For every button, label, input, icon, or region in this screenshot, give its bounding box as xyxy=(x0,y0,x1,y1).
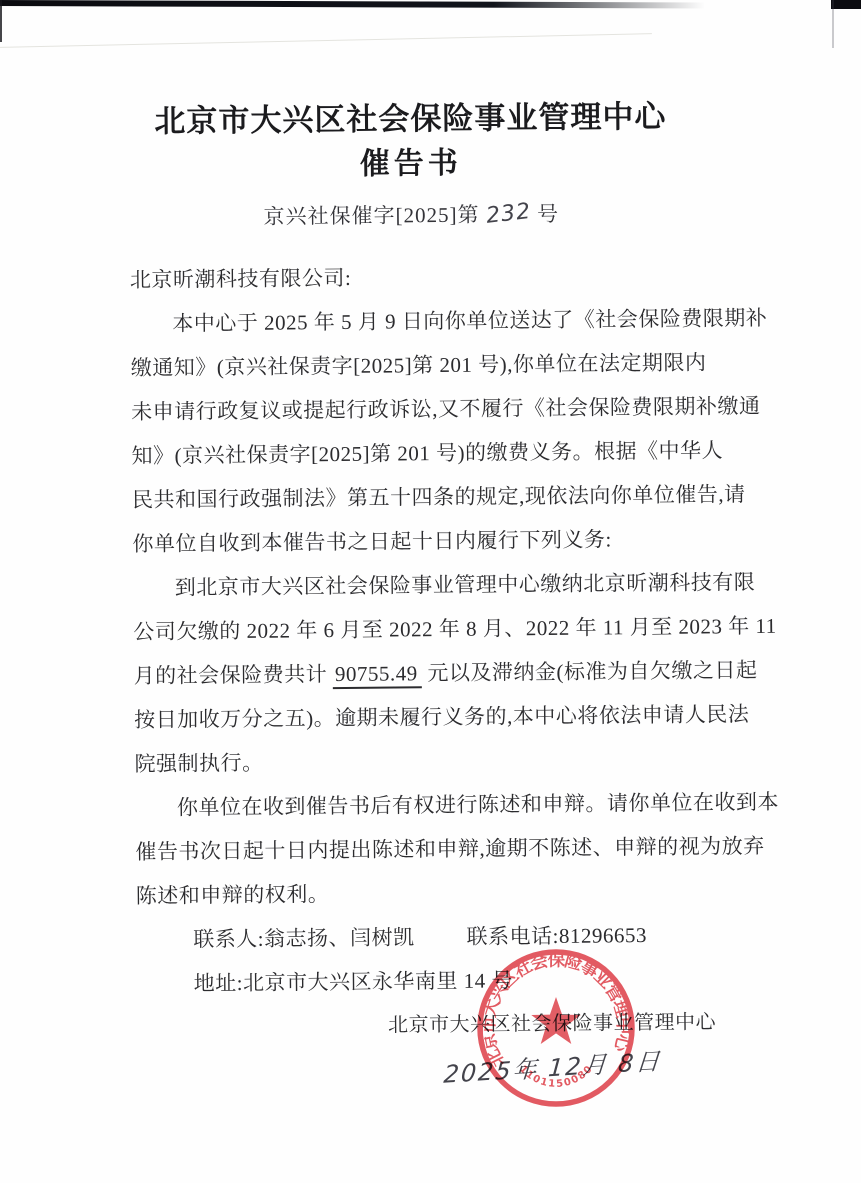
scan-edge-line xyxy=(832,0,834,48)
signature-line: 北京市大兴区社会保险事业管理中心 xyxy=(137,1000,761,1050)
body-line: 你单位自收到本催告书之日起十日内履行下列义务: xyxy=(132,516,756,566)
scanned-page: 北京市大兴区社会保险事业管理中心 催告书 京兴社保催字[2025]第 232 号… xyxy=(0,0,861,1183)
doc-number-suffix: 号 xyxy=(531,202,559,226)
scan-edge-corner xyxy=(831,0,861,9)
body-line: 本中心于 2025 年 5 月 9 日向你单位送达了《社会保险费限期补 xyxy=(130,296,754,346)
body-line: 陈述和申辩的权利。 xyxy=(136,868,760,918)
body-line: 公司欠缴的 2022 年 6 月至 2022 年 8 月、2022 年 11 月… xyxy=(133,604,757,654)
amount-line: 月的社会保险费共计 90755.49 元以及滞纳金(标准为自欠缴之日起 xyxy=(134,648,758,698)
body-line: 催告书次日起十日内提出陈述和申辩,逾期不陈述、申辩的视为放弃 xyxy=(135,824,759,874)
seal-star-icon xyxy=(531,997,580,1044)
recipient-line: 北京昕潮科技有限公司: xyxy=(130,252,754,302)
body-line: 按日加收万分之五)。逾期未履行义务的,本中心将依法申请人民法 xyxy=(134,692,758,742)
org-title: 北京市大兴区社会保险事业管理中心 xyxy=(128,96,692,143)
body-line: 民共和国行政强制法》第五十四条的规定,现依法向你单位催告,请 xyxy=(132,472,756,522)
scan-edge-top xyxy=(0,0,705,8)
body-line: 你单位在收到催告书后有权进行陈述和申辩。请你单位在收到本 xyxy=(135,780,759,830)
body-line: 知》(京兴社保责字[2025]第 201 号)的缴费义务。根据《中华人 xyxy=(131,428,755,478)
date-line: 2025年 12月 8日 xyxy=(137,1044,761,1094)
amount-prefix: 月的社会保险费共计 xyxy=(134,662,333,688)
contact-person: 联系人:翁志扬、闫树凯 xyxy=(193,925,415,951)
doc-number: 京兴社保催字[2025]第 232 号 xyxy=(129,196,693,236)
document-content: 北京市大兴区社会保险事业管理中心 催告书 京兴社保催字[2025]第 232 号… xyxy=(127,0,761,1094)
scan-edge-left xyxy=(0,0,2,42)
doc-number-prefix: 京兴社保催字[2025]第 xyxy=(263,203,485,229)
body-line: 缴通知》(京兴社保责字[2025]第 201 号),你单位在法定期限内 xyxy=(131,340,755,390)
amount-suffix: 元以及滞纳金(标准为自欠缴之日起 xyxy=(422,658,758,685)
contacts-row: 联系人:翁志扬、闫树凯联系电话:81296653 xyxy=(136,912,760,962)
doc-title: 催告书 xyxy=(129,140,693,189)
paragraph-2b: 按日加收万分之五)。逾期未履行义务的,本中心将依法申请人民法院强制执行。 xyxy=(134,692,759,786)
body-line: 院强制执行。 xyxy=(134,736,758,786)
paragraph-1: 本中心于 2025 年 5 月 9 日向你单位送达了《社会保险费限期补缴通知》(… xyxy=(130,296,757,566)
body-line: 未申请行政复议或提起行政诉讼,又不履行《社会保险费限期补缴通 xyxy=(131,384,755,434)
document-body: 北京昕潮科技有限公司: 本中心于 2025 年 5 月 9 日向你单位送达了《社… xyxy=(130,252,762,1094)
paragraph-3: 你单位在收到催告书后有权进行陈述和申辩。请你单位在收到本催告书次日起十日内提出陈… xyxy=(135,780,760,918)
doc-number-handwritten: 232 xyxy=(484,195,533,234)
amount-underlined: 90755.49 xyxy=(333,661,422,689)
paragraph-2a: 到北京市大兴区社会保险事业管理中心缴纳北京昕潮科技有限公司欠缴的 2022 年 … xyxy=(133,560,758,654)
official-seal: 北京市大兴区社会保险事业管理中心 1101150080 8 xyxy=(471,943,641,1113)
address-line: 地址:北京市大兴区永华南里 14 号 xyxy=(136,956,760,1006)
document-header: 北京市大兴区社会保险事业管理中心 催告书 京兴社保催字[2025]第 232 号 xyxy=(128,95,753,236)
body-line: 到北京市大兴区社会保险事业管理中心缴纳北京昕潮科技有限 xyxy=(133,560,757,610)
